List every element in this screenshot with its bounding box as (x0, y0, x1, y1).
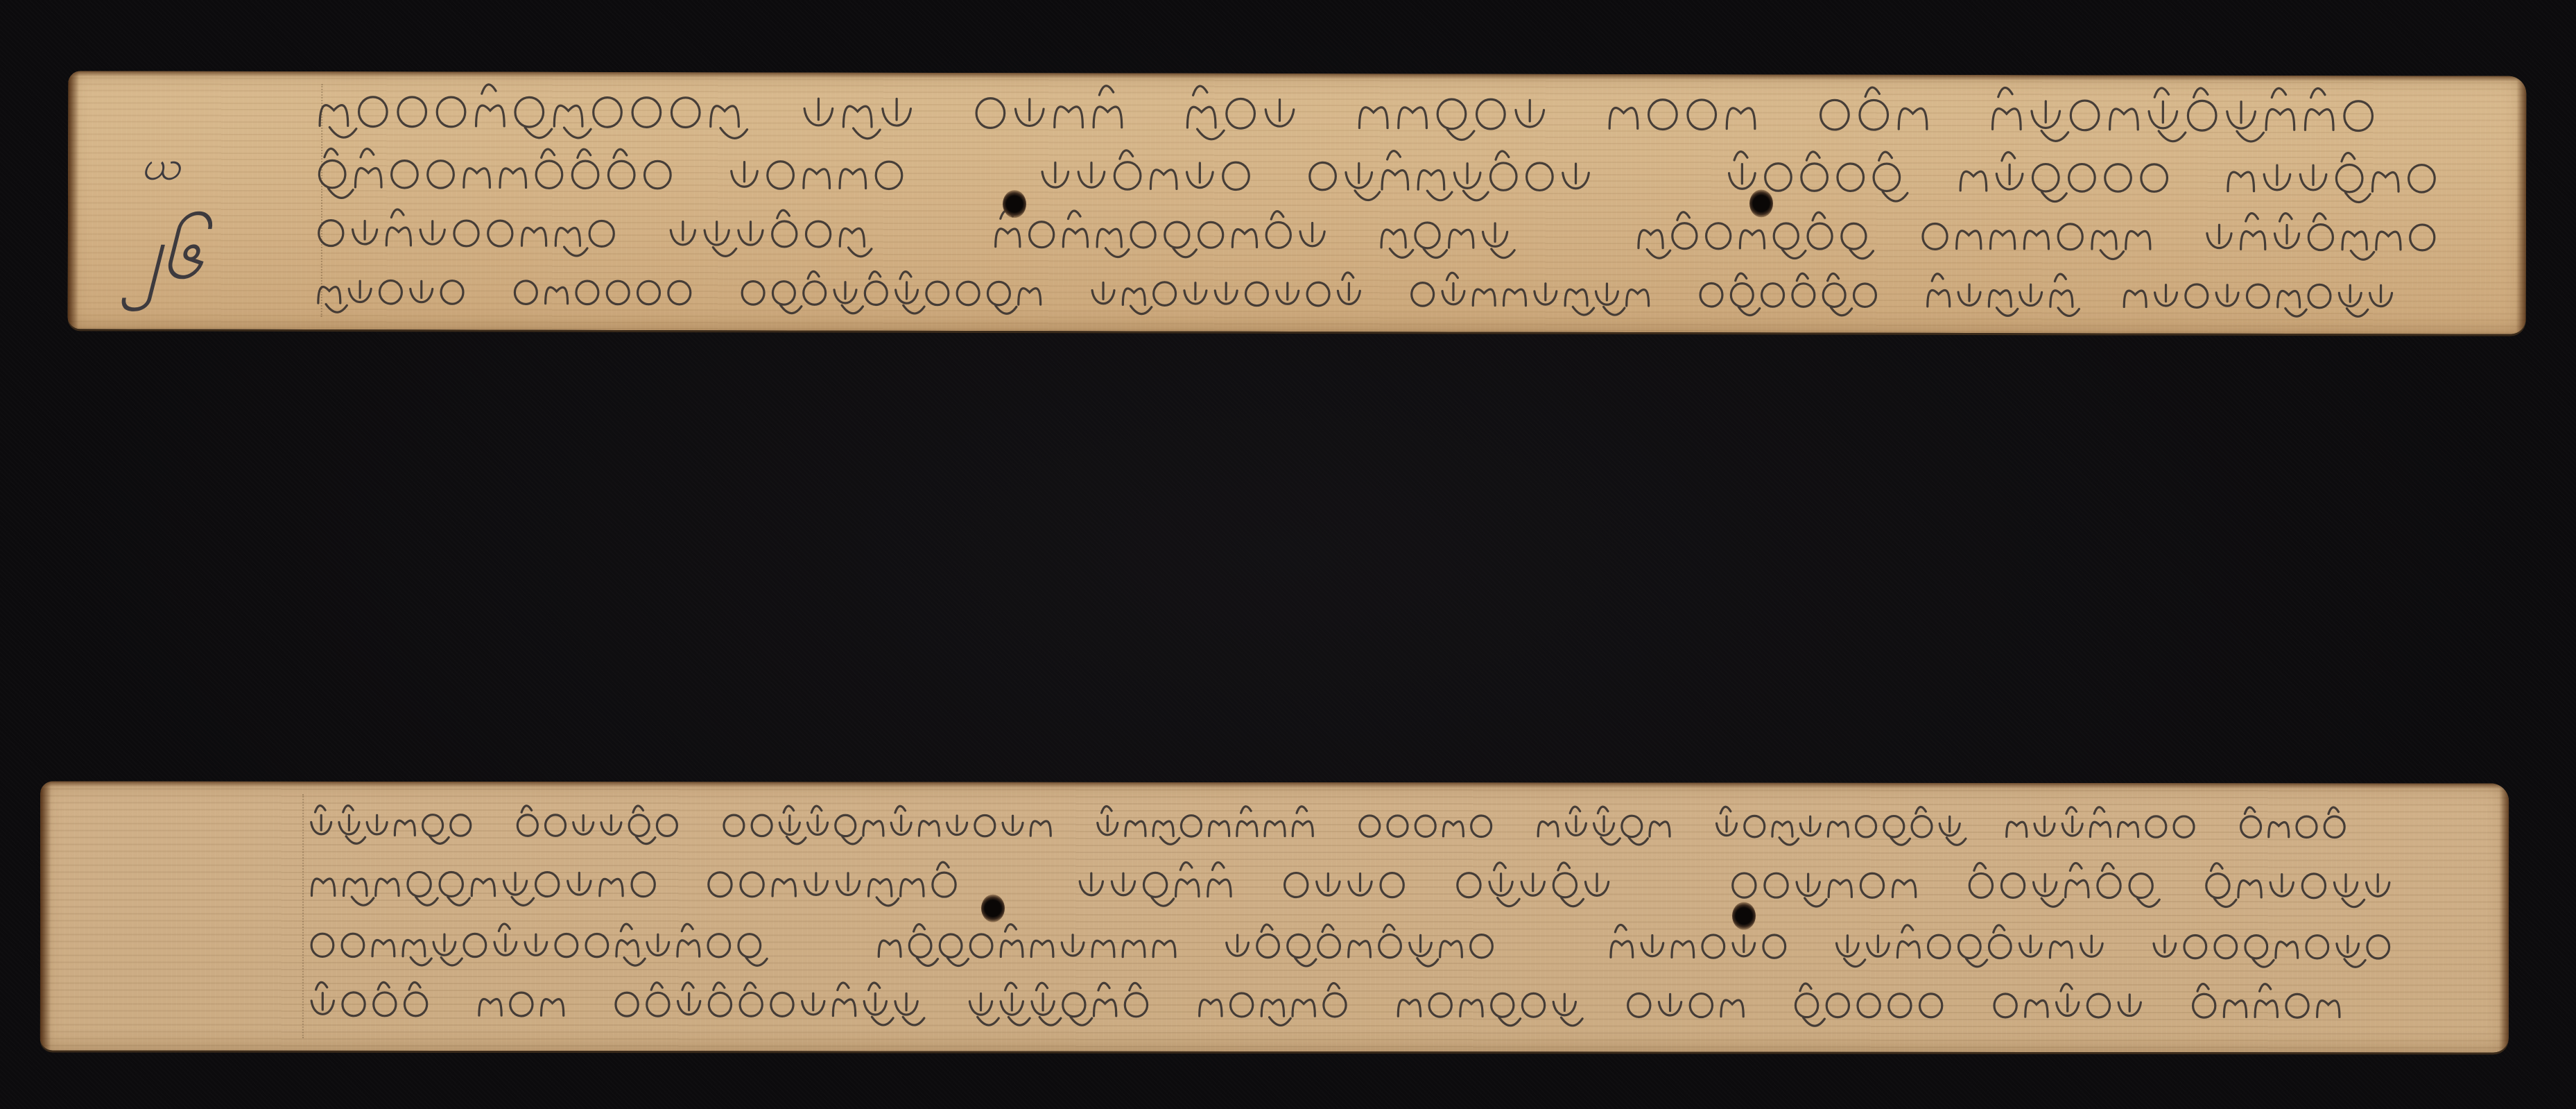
script-glyph (1440, 941, 1462, 957)
script-glyph (1958, 284, 1980, 305)
script-glyph (1994, 994, 2016, 1017)
script-glyph (392, 161, 418, 188)
script-glyph (2409, 165, 2435, 192)
script-glyph (2342, 232, 2374, 259)
script-glyph (1001, 925, 1023, 957)
script-glyph (2025, 1000, 2048, 1017)
script-glyph (355, 148, 381, 187)
script-glyph (1399, 108, 1427, 128)
script-glyph (1795, 983, 1824, 1026)
script-glyph (2270, 875, 2293, 897)
script-glyph (1338, 273, 1360, 304)
script-glyph (1080, 873, 1103, 895)
script-glyph (632, 872, 655, 897)
script-glyph (1672, 212, 1697, 249)
script-glyph (2034, 874, 2064, 906)
script-glyph (1826, 994, 1849, 1017)
script-glyph (1410, 935, 1438, 966)
script-lines (68, 71, 2527, 334)
script-glyph (919, 821, 939, 836)
script-glyph (358, 97, 387, 127)
script-glyph (472, 879, 494, 895)
script-glyph (488, 221, 512, 246)
script-glyph (1381, 873, 1403, 897)
script-glyph (1641, 936, 1663, 956)
script-glyph (1829, 880, 1851, 897)
script-glyph (1639, 230, 1670, 258)
script-glyph (608, 149, 634, 189)
script-glyph (895, 993, 924, 1025)
script-glyph (632, 98, 661, 128)
script-glyph (1388, 816, 1408, 836)
script-glyph (1522, 993, 1544, 1017)
script-glyph (2019, 936, 2041, 956)
script-glyph (2050, 942, 2072, 958)
script-glyph (1471, 935, 1493, 958)
script-glyph (2098, 863, 2120, 898)
script-glyph (2339, 285, 2368, 316)
script-glyph (843, 106, 880, 139)
script-glyph (2300, 165, 2326, 190)
script-glyph (738, 222, 763, 245)
script-glyph (2336, 153, 2370, 202)
script-glyph (1585, 874, 1608, 896)
script-glyph (864, 983, 893, 1025)
script-glyph (1063, 993, 1092, 1025)
script-glyph (555, 934, 578, 956)
script-glyph (1232, 230, 1256, 248)
script-glyph (2269, 822, 2289, 836)
script-glyph (1842, 223, 1874, 259)
script-glyph (2367, 936, 2389, 958)
script-glyph (1763, 935, 1786, 958)
script-glyph (2032, 101, 2068, 141)
script-glyph (319, 221, 343, 246)
script-glyph (1535, 284, 1557, 304)
script-glyph (541, 999, 563, 1016)
script-glyph (808, 806, 828, 834)
script-glyph (1828, 822, 1848, 836)
script-glyph (1317, 873, 1340, 895)
script-glyph (1094, 983, 1116, 1016)
script-glyph (1649, 100, 1677, 130)
script-glyph (2141, 164, 2168, 191)
script-glyph (2216, 285, 2238, 306)
script-glyph (1123, 289, 1152, 314)
script-glyph (896, 272, 925, 313)
script-glyph (2337, 936, 2365, 968)
script-glyph (1939, 816, 1966, 845)
script-glyph (479, 999, 501, 1015)
script-glyph (1490, 151, 1516, 190)
script-glyph (1055, 107, 1083, 128)
script-glyph (1958, 935, 1987, 967)
script-glyph (1489, 863, 1519, 906)
script-glyph (503, 872, 533, 905)
script-glyph (1231, 993, 1253, 1017)
script-glyph (1688, 100, 1716, 130)
script-glyph (657, 815, 677, 836)
script-glyph (2207, 225, 2231, 248)
script-glyph (2090, 807, 2110, 837)
script-glyph (1772, 822, 1799, 845)
script-glyph (804, 873, 827, 895)
script-glyph (1031, 940, 1053, 956)
script-glyph (374, 982, 396, 1015)
script-glyph (1889, 994, 1911, 1017)
script-glyph (840, 169, 866, 189)
script-glyph (1097, 229, 1129, 257)
script-glyph (1858, 994, 1880, 1017)
script-glyph (1114, 151, 1141, 189)
script-glyph (933, 862, 956, 897)
string-hole (1003, 190, 1026, 218)
script-glyph (1860, 87, 1888, 130)
script-glyph (1063, 211, 1087, 247)
script-glyph (2110, 109, 2138, 130)
script-glyph (1801, 152, 1828, 191)
script-glyph (2069, 164, 2095, 192)
script-glyph (2126, 231, 2150, 249)
script-glyph (1176, 862, 1199, 896)
script-glyph (2092, 231, 2124, 259)
script-glyph (1223, 162, 1250, 189)
script-glyph (1792, 273, 1815, 307)
script-glyph (2118, 995, 2141, 1016)
script-glyph (975, 815, 995, 836)
script-glyph (573, 816, 594, 835)
script-glyph (1553, 994, 1582, 1026)
script-glyph (2344, 101, 2373, 131)
script-glyph (2302, 874, 2325, 898)
palm-leaf-folio-top: ယ ၂၆ (68, 71, 2527, 334)
script-glyph (1237, 807, 1257, 836)
script-glyph (987, 282, 1017, 313)
script-glyph (2334, 875, 2364, 907)
script-glyph (1265, 100, 1294, 127)
script-glyph (2241, 807, 2261, 838)
script-glyph (1765, 164, 1792, 191)
script-glyph (909, 925, 937, 966)
script-glyph (1277, 283, 1299, 304)
script-glyph (1359, 108, 1388, 128)
script-glyph (1310, 162, 1336, 189)
script-glyph (2071, 101, 2099, 130)
script-glyph (1181, 816, 1201, 836)
script-glyph (1349, 941, 1371, 957)
script-glyph (2308, 214, 2333, 250)
script-glyph (1449, 230, 1473, 248)
script-glyph (1415, 223, 1447, 258)
script-glyph (1003, 816, 1023, 835)
script-glyph (1874, 152, 1908, 201)
script-glyph (947, 816, 967, 835)
script-glyph (386, 209, 410, 246)
script-glyph (741, 872, 763, 897)
script-glyph (1912, 807, 1932, 838)
script-glyph (1150, 170, 1177, 189)
script-glyph (1928, 935, 1950, 958)
script-glyph (1246, 282, 1268, 306)
script-glyph (320, 105, 356, 138)
script-glyph (940, 934, 968, 966)
script-glyph (311, 934, 334, 956)
script-glyph (2032, 164, 2066, 202)
script-glyph (1300, 223, 1324, 246)
script-glyph (647, 983, 669, 1016)
script-glyph (1628, 994, 1650, 1017)
string-hole (1732, 902, 1756, 930)
script-glyph (1042, 162, 1069, 187)
script-glyph (976, 98, 1005, 128)
script-glyph (863, 821, 883, 836)
script-glyph (1471, 816, 1492, 837)
script-glyph (1823, 273, 1852, 315)
script-glyph (441, 281, 463, 304)
script-glyph (1563, 164, 1589, 189)
script-glyph (1650, 822, 1670, 836)
script-glyph (342, 934, 364, 956)
script-glyph (1184, 283, 1207, 304)
script-glyph (1165, 222, 1197, 257)
script-glyph (678, 983, 700, 1015)
script-glyph (1092, 282, 1114, 303)
script-glyph (1209, 821, 1229, 836)
script-glyph (768, 162, 794, 189)
script-glyph (709, 872, 732, 897)
script-glyph (1266, 212, 1290, 248)
script-glyph (806, 221, 830, 247)
script-glyph (517, 806, 537, 836)
script-glyph (1030, 222, 1054, 248)
script-glyph (1867, 936, 1890, 956)
script-glyph (546, 287, 568, 303)
script-glyph (616, 992, 638, 1016)
script-glyph (677, 924, 700, 956)
script-glyph (433, 934, 462, 965)
script-glyph (1015, 99, 1044, 126)
script-glyph (379, 280, 401, 304)
script-glyph (2186, 284, 2208, 308)
script-glyph (500, 169, 526, 188)
script-glyph (2206, 863, 2236, 907)
script-glyph (1412, 283, 1434, 307)
script-glyph (1492, 993, 1521, 1025)
script-glyph (1062, 935, 1084, 956)
script-glyph (589, 221, 614, 246)
script-glyph (645, 161, 671, 189)
script-glyph (2129, 874, 2159, 907)
script-glyph (601, 816, 621, 835)
script-glyph (1989, 925, 2011, 958)
script-glyph (1398, 1000, 1420, 1017)
script-glyph (2286, 994, 2308, 1017)
script-glyph (1318, 925, 1340, 958)
script-glyph (1860, 873, 1883, 897)
script-glyph (403, 940, 431, 965)
script-glyph (2146, 816, 2166, 837)
script-glyph (1261, 999, 1290, 1025)
script-glyph (349, 281, 371, 302)
script-glyph (804, 98, 833, 126)
script-glyph (1553, 863, 1583, 906)
script-glyph (1566, 807, 1586, 835)
script-glyph (1565, 289, 1594, 315)
script-glyph (1853, 284, 1876, 307)
script-glyph (708, 934, 730, 957)
script-glyph (568, 872, 591, 895)
script-glyph (1019, 289, 1041, 304)
script-glyph (876, 162, 902, 189)
script-glyph (1098, 806, 1118, 834)
script-glyph (836, 815, 862, 844)
script-glyph (510, 992, 533, 1016)
script-glyph (1418, 171, 1452, 200)
script-glyph (1800, 816, 1820, 836)
script-glyph (546, 815, 566, 836)
script-glyph (1897, 925, 1919, 958)
script-glyph (311, 805, 331, 834)
script-glyph (1125, 821, 1146, 836)
script-glyph (376, 879, 399, 895)
script-glyph (536, 872, 559, 897)
script-glyph (1200, 999, 1222, 1016)
script-glyph (1001, 983, 1030, 1025)
script-glyph (1838, 164, 1864, 191)
script-glyph (1153, 821, 1179, 844)
script-glyph (2247, 284, 2269, 308)
script-glyph (1265, 821, 1285, 836)
script-glyph (1611, 925, 1633, 957)
script-glyph (638, 281, 660, 304)
string-hole (1749, 189, 1773, 217)
script-glyph (2024, 231, 2048, 249)
script-glyph (1745, 816, 1765, 837)
script-glyph (1884, 816, 1910, 845)
script-glyph (802, 993, 824, 1015)
script-glyph (454, 221, 478, 246)
script-glyph (1187, 86, 1224, 139)
script-glyph (1672, 941, 1694, 957)
script-glyph (522, 227, 546, 246)
script-glyph (1227, 935, 1249, 956)
script-glyph (704, 222, 736, 257)
script-glyph (1092, 940, 1114, 956)
script-glyph (404, 982, 426, 1015)
script-glyph (451, 815, 471, 836)
script-lines (40, 781, 2509, 1052)
script-glyph (1690, 994, 1712, 1017)
script-glyph (957, 282, 979, 305)
script-glyph (1740, 230, 1764, 248)
script-glyph (2058, 224, 2082, 250)
script-glyph (969, 993, 999, 1025)
script-glyph (804, 169, 830, 189)
script-glyph (1702, 935, 1724, 958)
script-glyph (647, 934, 669, 955)
script-glyph (1892, 880, 1915, 897)
script-glyph (724, 815, 744, 836)
script-glyph (1443, 821, 1463, 836)
script-glyph (891, 806, 911, 834)
script-glyph (1227, 98, 1255, 128)
string-hole (981, 895, 1005, 922)
script-glyph (319, 148, 353, 198)
script-glyph (2241, 214, 2265, 250)
script-glyph (555, 228, 587, 256)
script-glyph (711, 106, 747, 139)
script-glyph (1729, 152, 1756, 189)
script-glyph (2149, 88, 2186, 141)
script-glyph (1199, 222, 1223, 248)
script-glyph (1596, 284, 1625, 315)
script-glyph (525, 934, 547, 955)
script-glyph (2080, 936, 2102, 956)
script-glyph (671, 98, 700, 128)
script-glyph (1154, 282, 1176, 306)
script-glyph (1622, 816, 1648, 845)
script-glyph (2370, 285, 2392, 306)
script-glyph (423, 815, 449, 844)
script-glyph (1030, 821, 1051, 836)
script-glyph (2276, 942, 2298, 958)
script-glyph (440, 872, 469, 906)
script-glyph (2154, 936, 2176, 956)
script-glyph (1215, 283, 1237, 304)
script-glyph (2224, 1001, 2246, 1017)
script-glyph (1521, 874, 1544, 896)
script-glyph (1143, 872, 1173, 906)
script-glyph (344, 879, 374, 905)
script-glyph (1960, 171, 1987, 191)
script-glyph (771, 992, 793, 1016)
script-glyph (600, 879, 623, 895)
script-glyph (2317, 1001, 2340, 1017)
script-glyph (1957, 231, 1981, 249)
script-glyph (1797, 874, 1826, 906)
script-glyph (1989, 291, 2018, 316)
script-glyph (2238, 880, 2261, 897)
script-glyph (554, 105, 591, 138)
script-glyph (833, 983, 855, 1016)
script-glyph (2020, 284, 2042, 305)
script-glyph (2367, 875, 2389, 897)
script-glyph (2174, 816, 2194, 837)
script-glyph (709, 983, 731, 1016)
script-glyph (1477, 99, 1505, 129)
script-glyph (1381, 230, 1413, 257)
script-glyph (2245, 936, 2274, 968)
script-glyph (1609, 108, 1638, 128)
script-glyph (1527, 163, 1553, 190)
script-glyph (1727, 108, 1755, 129)
script-glyph (515, 97, 552, 137)
script-glyph (2297, 816, 2317, 837)
script-glyph (1473, 289, 1495, 305)
script-glyph (1442, 273, 1464, 304)
script-glyph (2057, 983, 2079, 1015)
script-glyph (1837, 936, 1865, 967)
script-glyph (420, 221, 444, 244)
palm-leaf-folio-bottom (40, 781, 2509, 1052)
script-glyph (1516, 100, 1544, 127)
script-glyph (311, 879, 334, 895)
script-glyph (1360, 816, 1380, 836)
script-glyph (1538, 822, 1558, 836)
script-glyph (1125, 983, 1147, 1017)
script-glyph (2264, 165, 2290, 190)
script-glyph (2215, 936, 2237, 958)
